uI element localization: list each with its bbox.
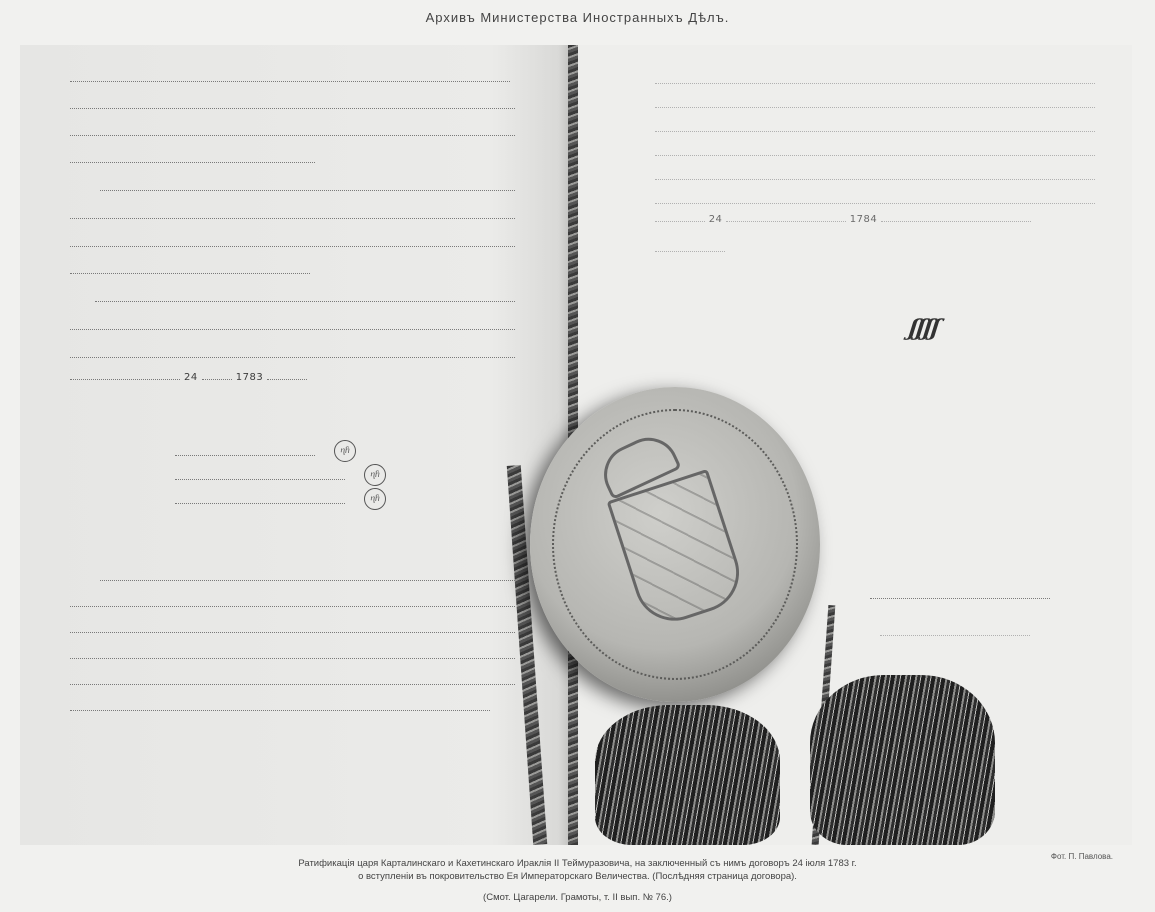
handwritten-line (70, 624, 515, 633)
handwritten-line (70, 73, 510, 82)
cipher-seal-1: ⴄⴌ (334, 440, 356, 462)
tassel-right (810, 675, 995, 845)
handwritten-line (70, 238, 515, 247)
cipher-seal-2: ⴄⴌ (364, 464, 386, 486)
handwritten-line (100, 572, 515, 581)
left-page: 24 1783 ⴄⴌ ⴄⴌ ⴄⴌ (20, 45, 575, 845)
cipher-seal-3: ⴄⴌ (364, 488, 386, 510)
archive-header: Архивъ Министерства Иностранныхъ Дѣлъ. (0, 10, 1155, 25)
handwritten-line (95, 293, 515, 302)
handwritten-line (70, 100, 515, 109)
handwritten-line (70, 210, 515, 219)
caption-line-1: Ратификація царя Карталинскаго и Кахетин… (0, 857, 1155, 870)
handwritten-line (880, 627, 1030, 636)
wax-seal (530, 387, 820, 702)
caption-line-2: о вступленіи въ покровительство Ея Импер… (0, 870, 1155, 883)
handwritten-line (70, 676, 515, 685)
photo-credit: Фот. П. Павлова. (1051, 852, 1113, 861)
caption-line-3: (Смот. Цагарели. Грамоты, т. II вып. № 7… (0, 891, 1155, 904)
date-day: 24 (709, 214, 723, 225)
handwritten-line (870, 590, 1050, 599)
handwritten-date-line: 24 1784 (655, 213, 1031, 225)
handwritten-line (70, 702, 490, 711)
signature-block: ⴄⴌ ⴄⴌ ⴄⴌ (175, 440, 386, 512)
handwritten-line (655, 243, 725, 252)
handwritten-line (70, 154, 315, 163)
tassel-left (595, 705, 780, 845)
date-day: 24 (184, 372, 198, 383)
signature-row-1: ⴄⴌ (175, 440, 386, 464)
handwritten-date-line: 24 1783 (70, 370, 307, 383)
document-photograph: 24 1783 ⴄⴌ ⴄⴌ ⴄⴌ (20, 45, 1132, 845)
handwritten-line (70, 650, 515, 659)
handwritten-line (100, 182, 515, 191)
handwritten-line (70, 127, 515, 136)
handwritten-line (655, 75, 1095, 84)
handwritten-line (655, 99, 1095, 108)
handwritten-line (70, 265, 310, 274)
handwritten-line (70, 598, 515, 607)
handwritten-line (655, 147, 1095, 156)
handwritten-line (655, 171, 1095, 180)
royal-monogram: ʃʃʃʃ (907, 315, 943, 341)
handwritten-line (655, 123, 1095, 132)
handwritten-line (655, 195, 1095, 204)
handwritten-line (70, 349, 515, 358)
signature-row-3: ⴄⴌ (175, 488, 386, 512)
signature-row-2: ⴄⴌ (175, 464, 386, 488)
handwritten-line (70, 321, 515, 330)
date-year: 1783 (236, 372, 263, 383)
date-year: 1784 (850, 214, 877, 225)
